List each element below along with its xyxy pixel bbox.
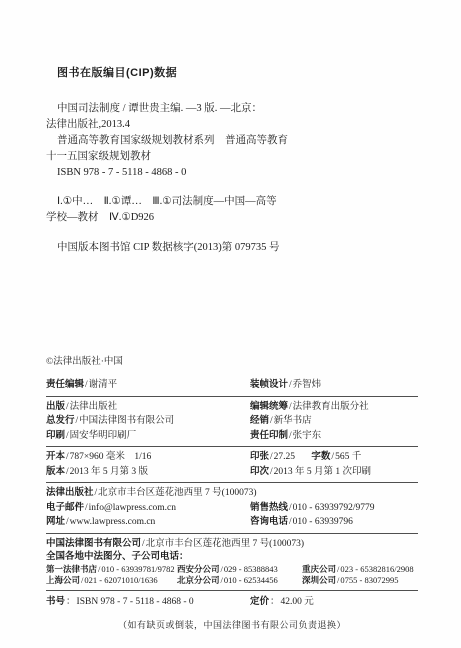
branch-phone-row: 上海公司/021 - 62071010/1636 北京分公司/010 - 625… (46, 575, 418, 587)
printed-sheets-pair: 印张/27.25 (250, 452, 295, 462)
book-copyright-page: 图书在版编目(CIP)数据 中国司法制度 / 谭世贵主编. —3 版. —北京：… (0, 0, 461, 648)
email-row: 电子邮件/info@lawpress.com.cn 销售热线/010 - 639… (46, 501, 418, 516)
field-value: 42.00 元 (281, 597, 314, 607)
field-label: 责任编辑 (46, 379, 84, 390)
field-value: 新华书店 (274, 416, 312, 426)
field-label: 印次 (250, 466, 269, 477)
field-value: 029 - 85388843 (224, 564, 278, 574)
isbn-price-row: 书号：ISBN 978 - 7 - 5118 - 4868 - 0 定价：42.… (46, 594, 418, 610)
cip-class-line-1: Ⅰ.①中… Ⅱ.①谭… Ⅲ.①司法制度—中国—高等 (46, 194, 418, 210)
branch-shenzhen: 深圳公司/0755 - 83072995 (302, 575, 418, 587)
field-value: 北京市丰台区莲花池西里 7 号(100073) (146, 539, 304, 549)
field-label: 上海公司 (46, 575, 80, 585)
field-label: 字数 (311, 451, 330, 462)
cip-series-line: 普通高等教育国家级规划教材系列 普通高等教育 (46, 133, 418, 149)
publisher-field: 出版/法律出版社 (46, 400, 250, 415)
copyright-line: ©法律出版社·中国 (46, 356, 418, 368)
field-label: 版本 (46, 466, 65, 477)
distributor-row: 总发行/中国法律图书有限公司 经销/新华书店 (46, 414, 418, 429)
field-value: 法律出版社 (70, 402, 118, 412)
field-label: 书号 (46, 596, 65, 607)
field-value: 565 千 (335, 452, 361, 462)
divider (46, 533, 418, 534)
coordinator-field: 编辑统筹/法律教育出版分社 (250, 400, 418, 415)
cip-block: 图书在版编目(CIP)数据 中国司法制度 / 谭世贵主编. —3 版. —北京：… (46, 64, 418, 256)
field-value: 010 - 62534456 (224, 575, 278, 585)
branch-beijing: 北京分公司/010 - 62534456 (177, 575, 302, 587)
branches-heading: 全国各地中法图分、子公司电话： (46, 551, 418, 564)
field-label: 经销 (250, 415, 269, 426)
field-value: 张宇东 (293, 431, 322, 441)
sales-hotline-field: 销售热线/010 - 63939792/9779 (250, 501, 418, 516)
field-value: 27.25 (274, 452, 295, 462)
branch-xian: 西安分公司/029 - 85388843 (177, 564, 302, 576)
cip-class-line-2: 学校—教材 Ⅳ.①D926 (46, 210, 418, 226)
field-label: 深圳公司 (302, 575, 336, 585)
cip-registry-line: 中国版本图书馆 CIP 数据核字(2013)第 079735 号 (46, 240, 418, 256)
branch-shanghai: 上海公司/021 - 62071010/1636 (46, 575, 177, 587)
field-label: 装帧设计 (250, 379, 288, 390)
field-label: 印刷 (46, 430, 65, 441)
field-label: 开本 (46, 451, 65, 462)
format-row: 开本/787×960 毫米 1/16 印张/27.25 字数/565 千 (46, 450, 418, 465)
email-field: 电子邮件/info@lawpress.com.cn (46, 501, 250, 516)
cip-title-line: 中国司法制度 / 谭世贵主编. —3 版. —北京： (46, 101, 418, 117)
colophon-block: ©法律出版社·中国 责任编辑/谢清平 装帧设计/乔智炜 出版/法律出版社 编辑统… (46, 356, 418, 631)
word-count-pair: 字数/565 千 (311, 452, 361, 462)
field-label: 西安分公司 (177, 564, 220, 574)
branch-first-law-bookstore: 第一法律书店/010 - 63939781/9782 (46, 564, 177, 576)
field-value: 固安华明印刷厂 (70, 431, 137, 441)
field-value: ISBN 978 - 7 - 5118 - 4868 - 0 (77, 597, 194, 607)
binding-designer: 装帧设计/乔智炜 (250, 378, 418, 393)
cip-classification: Ⅰ.①中… Ⅱ.①谭… Ⅲ.①司法制度—中国—高等 学校—教材 Ⅳ.①D926 (46, 194, 418, 226)
format-field: 开本/787×960 毫米 1/16 (46, 450, 250, 465)
field-value: www.lawpress.com.cn (70, 517, 156, 527)
field-sep: ： (269, 597, 281, 607)
field-value: info@lawpress.com.cn (89, 503, 176, 513)
press-address-row: 法律出版社/北京市丰台区莲花池西里 7 号(100073) (46, 486, 418, 501)
field-label: 总发行 (46, 415, 75, 426)
editors-row: 责任编辑/谢清平 装帧设计/乔智炜 (46, 378, 418, 393)
distributor-address-row: 中国法律图书有限公司/北京市丰台区莲花池西里 7 号(100073) (46, 537, 418, 552)
field-label: 出版 (46, 401, 65, 412)
field-value: 中国法律图书有限公司 (79, 416, 174, 426)
field-label: 网址 (46, 516, 65, 527)
field-value: 2013 年 5 月第 3 版 (70, 467, 148, 477)
printer-row: 印刷/固安华明印刷厂 责任印制/张宇东 (46, 429, 418, 444)
cip-heading: 图书在版编目(CIP)数据 (46, 64, 418, 80)
branch-phone-row: 第一法律书店/010 - 63939781/9782 西安分公司/029 - 8… (46, 564, 418, 576)
edition-row: 版本/2013 年 5 月第 3 版 印次/2013 年 5 月第 1 次印刷 (46, 465, 418, 480)
field-label: 中国法律图书有限公司 (46, 538, 141, 549)
general-distributor-field: 总发行/中国法律图书有限公司 (46, 414, 250, 429)
field-value: 0755 - 83072995 (340, 575, 398, 585)
divider (46, 446, 418, 447)
print-supervisor-field: 责任印制/张宇东 (250, 429, 418, 444)
field-label: 责任印制 (250, 430, 288, 441)
field-label: 电子邮件 (46, 502, 84, 513)
website-row: 网址/www.lawpress.com.cn 咨询电话/010 - 639397… (46, 515, 418, 530)
price-field: 定价：42.00 元 (250, 594, 418, 610)
replacement-notice: （如有缺页或倒装，中国法律图书有限公司负责退换） (46, 618, 418, 631)
field-label: 编辑统筹 (250, 401, 288, 412)
printer-field: 印刷/固安华明印刷厂 (46, 429, 250, 444)
responsible-editor: 责任编辑/谢清平 (46, 378, 250, 393)
website-field: 网址/www.lawpress.com.cn (46, 515, 250, 530)
field-sep: ： (65, 597, 77, 607)
branch-chongqing: 重庆公司/023 - 65382816/2908 (302, 564, 418, 576)
field-value: 787×960 毫米 1/16 (70, 452, 152, 462)
printing-field: 印次/2013 年 5 月第 1 次印刷 (250, 465, 418, 480)
field-label: 重庆公司 (302, 564, 336, 574)
field-value: 021 - 62071010/1636 (84, 575, 157, 585)
field-label: 第一法律书店 (46, 564, 97, 574)
field-label: 销售热线 (250, 502, 288, 513)
field-value: 乔智炜 (293, 380, 322, 390)
field-value: 010 - 63939781/9782 (101, 564, 174, 574)
cip-series-line-2: 十一五国家级规划教材 (46, 149, 418, 165)
field-value: 谢清平 (89, 380, 118, 390)
publisher-row: 出版/法律出版社 编辑统筹/法律教育出版分社 (46, 400, 418, 415)
field-label: 印张 (250, 451, 269, 462)
divider (46, 396, 418, 397)
seller-field: 经销/新华书店 (250, 414, 418, 429)
field-label: 法律出版社 (46, 487, 94, 498)
sheets-wordcount-field: 印张/27.25 字数/565 千 (250, 450, 418, 465)
book-number-field: 书号：ISBN 978 - 7 - 5118 - 4868 - 0 (46, 594, 250, 610)
divider (46, 482, 418, 483)
field-label: 定价 (250, 596, 269, 607)
cip-publisher-line: 法律出版社,2013.4 (46, 117, 418, 133)
field-value: 2013 年 5 月第 1 次印刷 (274, 467, 371, 477)
field-label: 北京分公司 (177, 575, 220, 585)
edition-field: 版本/2013 年 5 月第 3 版 (46, 465, 250, 480)
divider (46, 590, 418, 591)
field-value: 023 - 65382816/2908 (340, 564, 413, 574)
field-value: 010 - 63939796 (293, 517, 353, 527)
cip-isbn-line: ISBN 978 - 7 - 5118 - 4868 - 0 (46, 165, 418, 181)
inquiry-phone-field: 咨询电话/010 - 63939796 (250, 515, 418, 530)
field-value: 010 - 63939792/9779 (293, 503, 375, 513)
field-value: 北京市丰台区莲花池西里 7 号(100073) (98, 488, 256, 498)
field-label: 咨询电话 (250, 516, 288, 527)
field-value: 法律教育出版分社 (293, 402, 369, 412)
